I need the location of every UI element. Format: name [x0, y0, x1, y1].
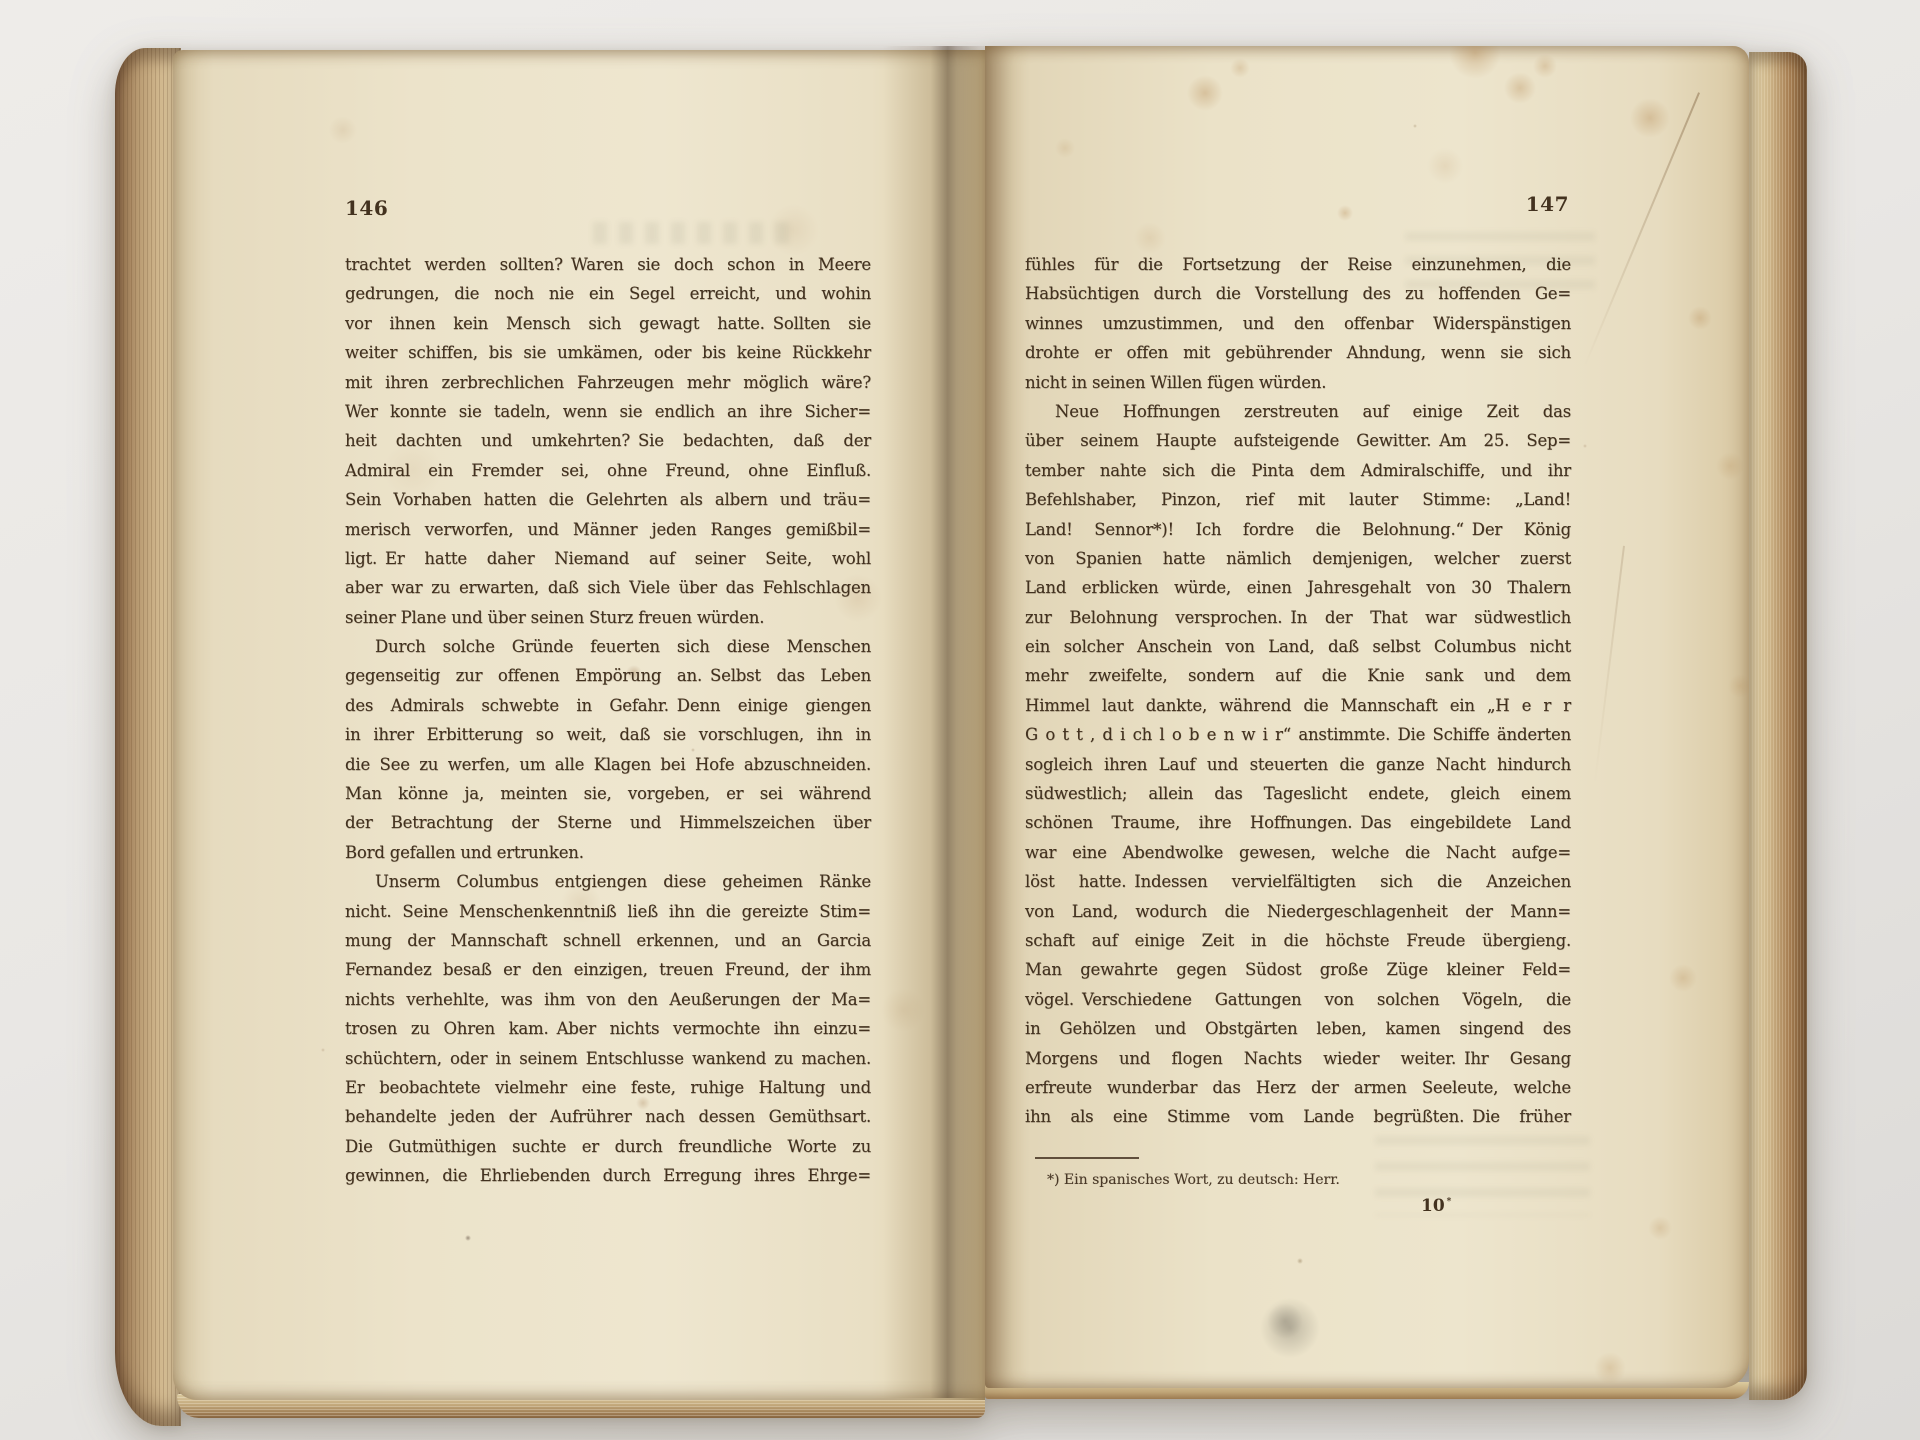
text-line: löst hatte. Indessen vervielfältigten si…: [1025, 867, 1571, 896]
text-line: gedrungen, die noch nie ein Segel erreic…: [345, 279, 871, 308]
text-line: Himmel laut dankte, während die Mannscha…: [1025, 691, 1571, 720]
text-line: ein solcher Anschein von Land, daß selbs…: [1025, 632, 1571, 661]
text-line: über seinem Haupte aufsteigende Gewitter…: [1025, 426, 1571, 455]
text-line: war eine Abendwolke gewesen, welche die …: [1025, 838, 1571, 867]
text-line: gegenseitig zur offenen Empörung an. Sel…: [345, 661, 871, 690]
text-line: Bord gefallen und ertrunken.: [345, 838, 871, 867]
footnote-text: *) Ein spanisches Wort, zu deutsch: Herr…: [1047, 1172, 1340, 1188]
text-line: schönen Traume, ihre Hoffnungen. Das ein…: [1025, 808, 1571, 837]
page-number-right: 147: [1023, 192, 1569, 216]
text-line: Wer konnte sie tadeln, wenn sie endlich …: [345, 397, 871, 426]
text-line: seiner Plane und über seinen Sturz freue…: [345, 603, 871, 632]
text-line: des Admirals schwebte in Gefahr. Denn ei…: [345, 691, 871, 720]
signature-mark: *: [1447, 1197, 1452, 1207]
text-line: Befehlshaber, Pinzon, rief mit lauter St…: [1025, 485, 1571, 514]
text-line: ligt. Er hatte daher Niemand auf seiner …: [345, 544, 871, 573]
page-number-left: 146: [345, 196, 388, 220]
text-line: der Betrachtung der Sterne und Himmelsze…: [345, 808, 871, 837]
text-line: schüchtern, oder in seinem Entschlusse w…: [345, 1044, 871, 1073]
text-line: G o t t , d i ch l o b e n w i r“ anstim…: [1025, 720, 1571, 749]
text-line: ihn als eine Stimme vom Lande begrüßten.…: [1025, 1102, 1571, 1131]
show-through-ghost-left: [593, 222, 793, 244]
left-page-edges: [115, 48, 181, 1426]
text-line: südwestlich; allein das Tageslicht endet…: [1025, 779, 1571, 808]
text-line: von Spanien hatte nämlich demjenigen, we…: [1025, 544, 1571, 573]
text-line: Unserm Columbus entgiengen diese geheime…: [345, 867, 871, 896]
text-line: Durch solche Gründe feuerten sich diese …: [345, 632, 871, 661]
text-line: zur Belohnung versprochen. In der That w…: [1025, 603, 1571, 632]
text-line: Man könne ja, meinten sie, vorgeben, er …: [345, 779, 871, 808]
text-line: Man gewahrte gegen Südost große Züge kle…: [1025, 955, 1571, 984]
text-line: trosen zu Ohren kam. Aber nichts vermoch…: [345, 1014, 871, 1043]
text-line: Land! Sennor*)! Ich fordre die Belohnung…: [1025, 515, 1571, 544]
photo-background: 146 147 trachtet werden sollten? Waren s…: [0, 0, 1920, 1440]
text-line: Die Gutmüthigen suchte er durch freundli…: [345, 1132, 871, 1161]
text-line: nicht in seinen Willen fügen würden.: [1025, 368, 1571, 397]
text-line: erfreute wunderbar das Herz der armen Se…: [1025, 1073, 1571, 1102]
text-line: nicht. Seine Menschenkenntniß ließ ihn d…: [345, 897, 871, 926]
text-line: merisch verworfen, und Männer jeden Rang…: [345, 515, 871, 544]
page-crease-middle-right: [1594, 546, 1625, 784]
text-line: in Gehölzen und Obstgärten leben, kamen …: [1025, 1014, 1571, 1043]
book: 146 147 trachtet werden sollten? Waren s…: [115, 36, 1807, 1428]
text-line: gewinnen, die Ehrliebenden durch Erregun…: [345, 1161, 871, 1190]
text-line: tember nahte sich die Pinta dem Admirals…: [1025, 456, 1571, 485]
text-line: heit dachten und umkehrten? Sie bedachte…: [345, 426, 871, 455]
text-line: trachtet werden sollten? Waren sie doch …: [345, 250, 871, 279]
left-page-text: trachtet werden sollten? Waren sie doch …: [345, 250, 871, 1191]
right-cover-edge: [1749, 52, 1807, 1400]
text-line: schaft auf einige Zeit in die höchste Fr…: [1025, 926, 1571, 955]
text-line: aber war zu erwarten, daß sich Viele übe…: [345, 573, 871, 602]
printer-signature: 10*: [1421, 1196, 1451, 1216]
text-line: Er beobachtete vielmehr eine feste, ruhi…: [345, 1073, 871, 1102]
text-line: Sein Vorhaben hatten die Gelehrten als a…: [345, 485, 871, 514]
text-line: mehr zweifelte, sondern auf die Knie san…: [1025, 661, 1571, 690]
signature-number: 10: [1421, 1196, 1445, 1216]
text-line: Fernandez besaß er den einzigen, treuen …: [345, 955, 871, 984]
text-line: in ihrer Erbitterung so weit, daß sie vo…: [345, 720, 871, 749]
show-through-ghost-right-bottom: [1375, 1136, 1590, 1216]
text-line: von Land, wodurch die Niedergeschlagenhe…: [1025, 897, 1571, 926]
text-line: behandelte jeden der Aufrührer nach dess…: [345, 1102, 871, 1131]
text-line: Land erblicken würde, einen Jahresgehalt…: [1025, 573, 1571, 602]
right-page-text: fühles für die Fortsetzung der Reise ein…: [1025, 250, 1571, 1132]
text-line: Neue Hoffnungen zerstreuten auf einige Z…: [1025, 397, 1571, 426]
text-line: mit ihren zerbrechlichen Fahrzeugen mehr…: [345, 368, 871, 397]
text-line: weiter schiffen, bis sie umkämen, oder b…: [345, 338, 871, 367]
text-line: winnes umzustimmen, und den offenbar Wid…: [1025, 309, 1571, 338]
text-line: fühles für die Fortsetzung der Reise ein…: [1025, 250, 1571, 279]
text-line: drohte er offen mit gebührender Ahndung,…: [1025, 338, 1571, 367]
footnote-rule: [1035, 1157, 1139, 1159]
text-line: nichts verhehlte, was ihm von den Aeußer…: [345, 985, 871, 1014]
text-line: Admiral ein Fremder sei, ohne Freund, oh…: [345, 456, 871, 485]
text-line: sogleich ihren Lauf und steuerten die ga…: [1025, 750, 1571, 779]
text-line: mung der Mannschaft schnell erkennen, un…: [345, 926, 871, 955]
text-line: Habsüchtigen durch die Vorstellung des z…: [1025, 279, 1571, 308]
text-line: Morgens und flogen Nachts wieder weiter.…: [1025, 1044, 1571, 1073]
text-line: vor ihnen kein Mensch sich gewagt hatte.…: [345, 309, 871, 338]
text-line: die See zu werfen, um alle Klagen bei Ho…: [345, 750, 871, 779]
text-line: vögel. Verschiedene Gattungen von solche…: [1025, 985, 1571, 1014]
page-crease-top-right: [1583, 92, 1700, 368]
